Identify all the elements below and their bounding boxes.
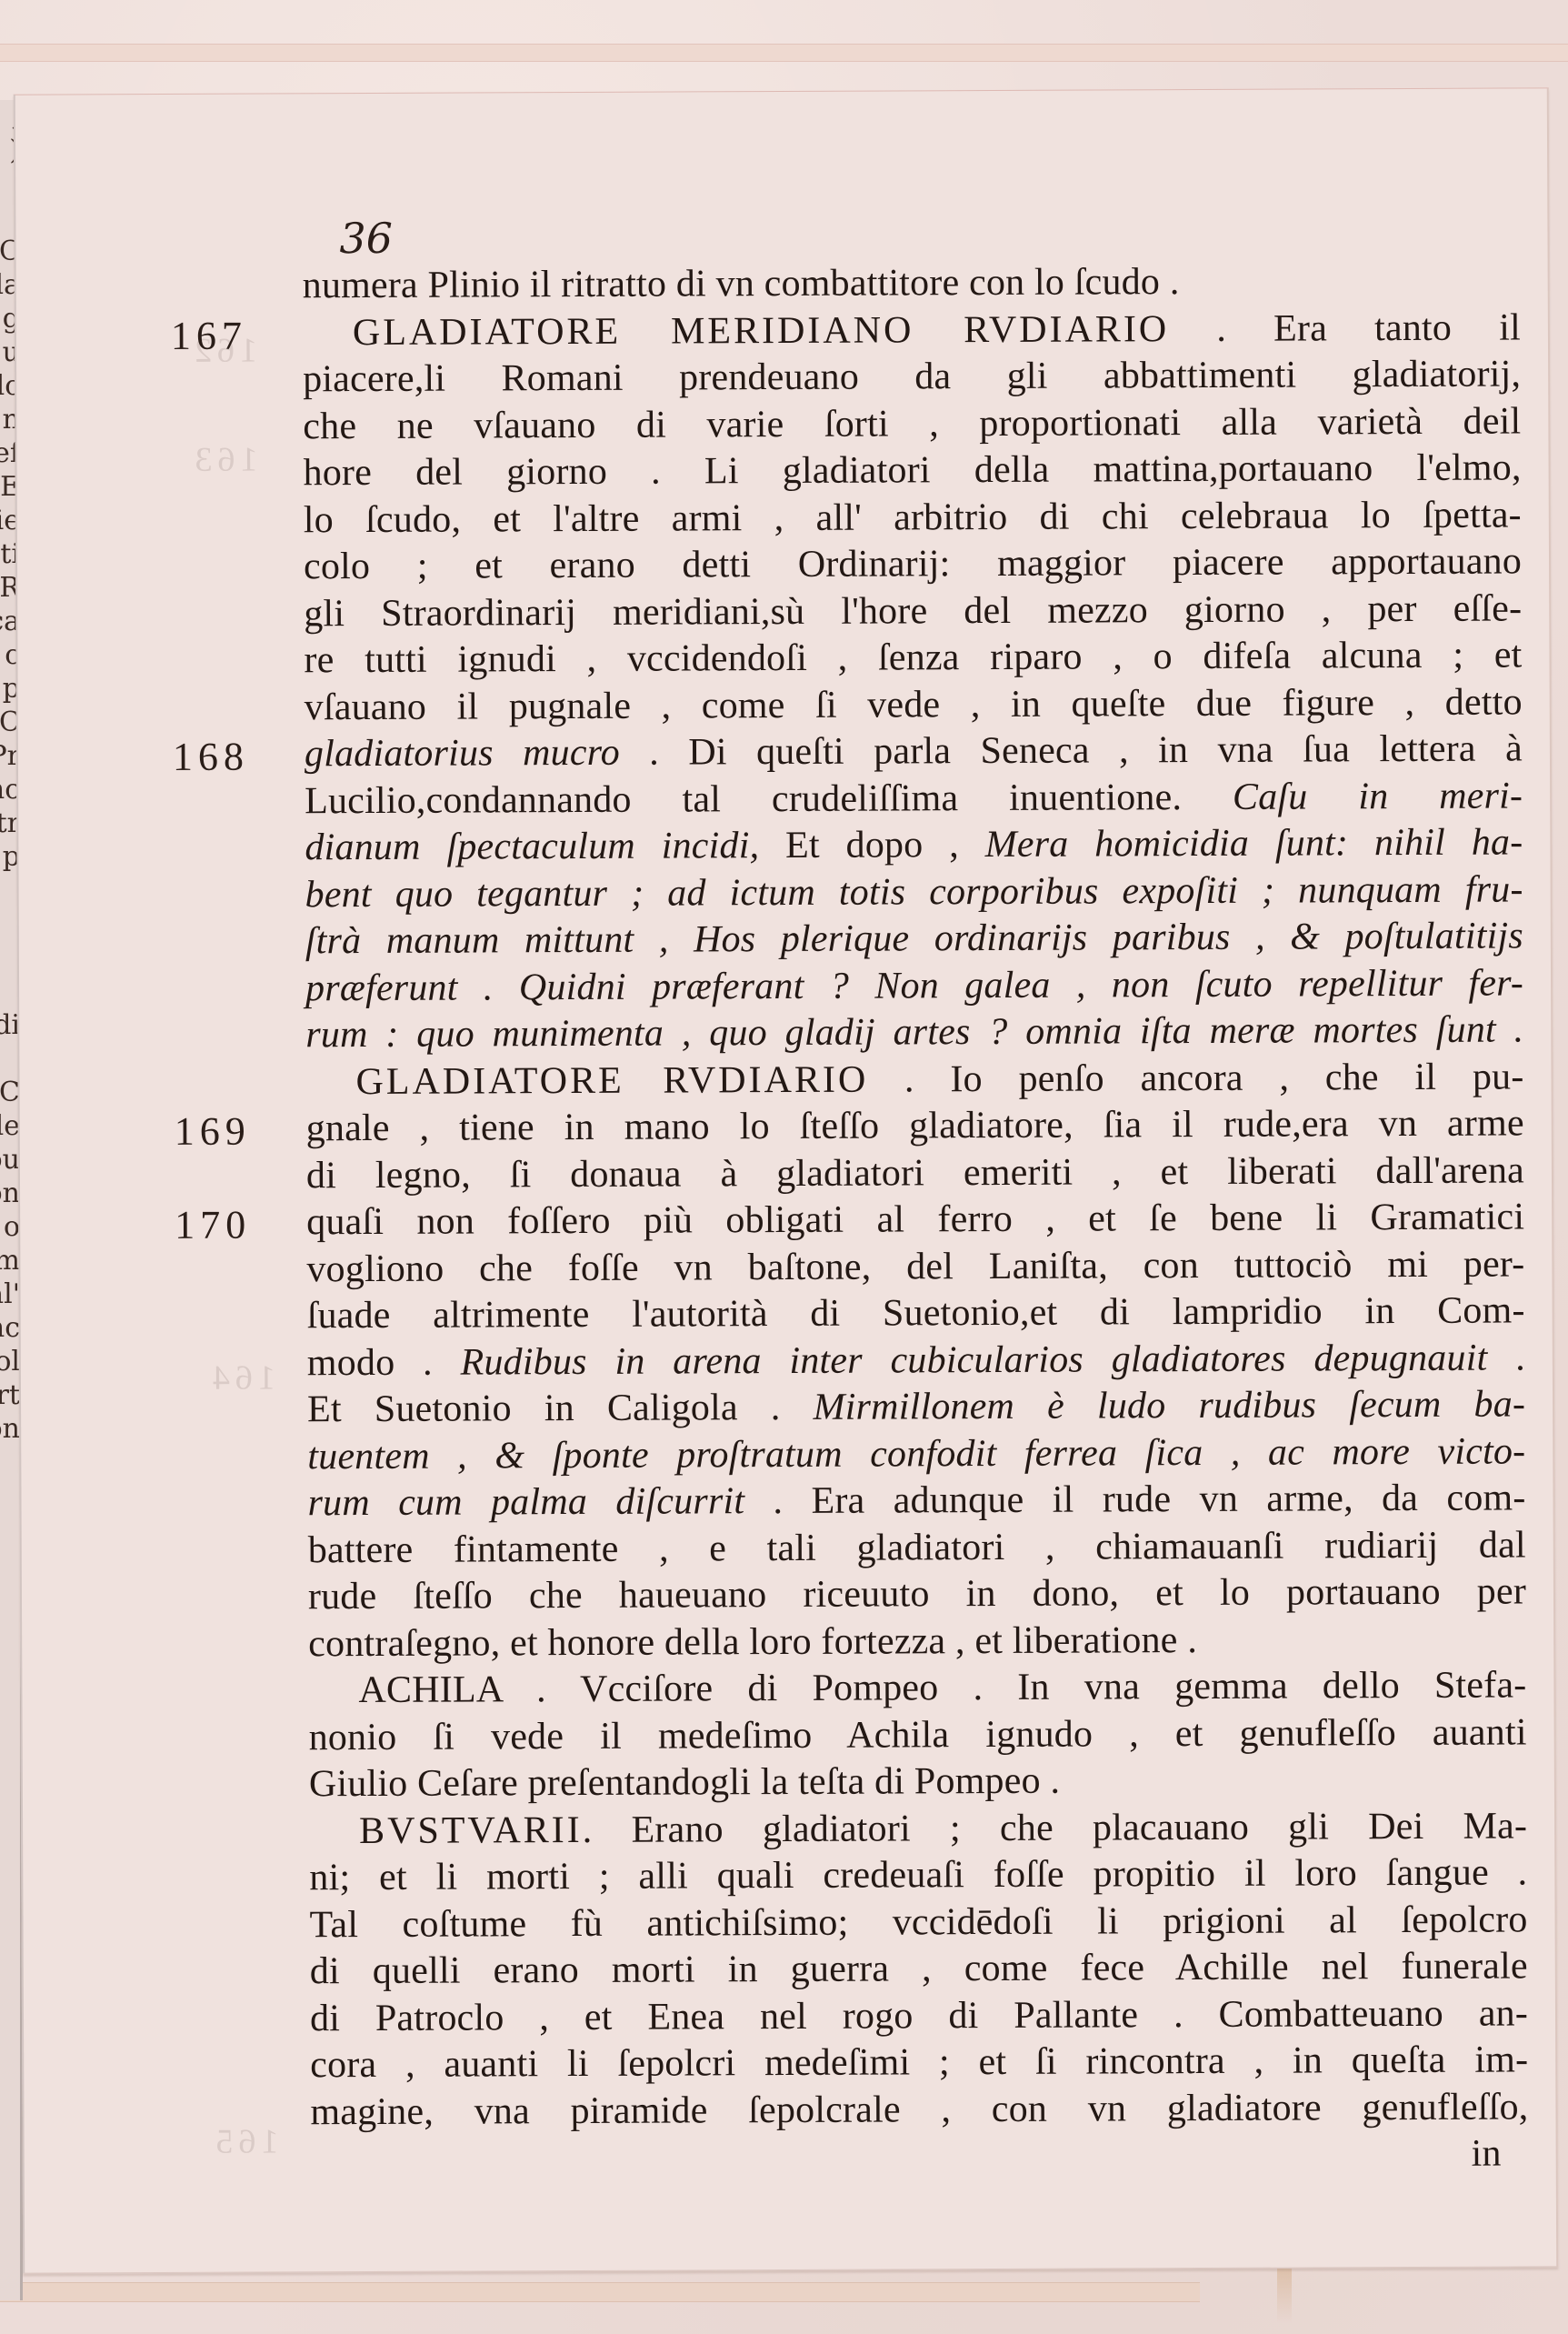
text-line: gladiatorius mucro . Di queſti parla Sen…: [305, 726, 1523, 777]
latin-quote: Mera homicidia ſunt: nihil ha-: [985, 821, 1523, 866]
latin-quote: Rudibus in arena inter cubicularios glad…: [460, 1337, 1487, 1383]
show-through-number: 163: [189, 440, 257, 480]
text-line: ni; et li morti ; alli quali credeuaſi f…: [309, 1849, 1527, 1901]
text-line: GLADIATORE RVDIARIO . Io penſo ancora , …: [305, 1054, 1523, 1106]
text-line: quaſi non foſſero più obligati al ferro …: [306, 1194, 1524, 1246]
entry-number: 169: [175, 1108, 251, 1155]
text-line: BVSTVARII. Erano gladiatori ; che placau…: [309, 1803, 1527, 1855]
text-segment: .: [1487, 1337, 1525, 1378]
bleed-fragment: ol: [0, 1345, 20, 1378]
entry-heading: GLADIATORE RVDIARIO: [355, 1058, 868, 1102]
bleed-fragment: con: [0, 1412, 20, 1446]
text-line: Giulio Ceſare preſentandogli la teſta di…: [309, 1756, 1527, 1808]
paper-stain: [1277, 2269, 1292, 2323]
text-segment: . Erano gladiatori ; che placauano gli D…: [583, 1805, 1528, 1851]
text-line: ſtrà manum mittunt , Hos plerique ordina…: [305, 913, 1523, 965]
bleed-fragment: ort: [0, 1378, 20, 1412]
page-number: 36: [339, 214, 393, 263]
show-through-number: 165: [211, 2121, 279, 2161]
book-page: 162 163 164 165 36 167168169170 numera P…: [14, 87, 1558, 2273]
text-line: che ne vſauano di varie ſorti , proporti…: [303, 398, 1521, 450]
text-segment: Et Suetonio in Caligola .: [307, 1387, 814, 1430]
text-line: nonio ſi vede il medeſimo Achila ignudo …: [309, 1709, 1527, 1761]
latin-quote: tuentem , & ſponte proſtratum confodit f…: [307, 1430, 1525, 1478]
show-through-number: 164: [207, 1357, 275, 1397]
text-segment: . Era tanto il: [1169, 306, 1521, 350]
bleed-fragment: o: [0, 1210, 20, 1244]
entry-number: 168: [173, 734, 249, 780]
text-line: ſuade altrimente l'autorità di Suetonio,…: [307, 1287, 1525, 1339]
text-line: Tal coſtume fù antichiſsimo; vccidēdoſi …: [309, 1897, 1527, 1948]
text-segment: Et dopo ,: [759, 824, 985, 866]
entry-number: 167: [171, 312, 247, 358]
text-line: GLADIATORE MERIDIANO RVDIARIO . Era tant…: [303, 305, 1521, 356]
bleed-fragment: ou: [0, 1143, 20, 1177]
paper-strip-top: [0, 44, 1568, 62]
text-line: præferunt . Quidni præferant ? Non galea…: [305, 960, 1523, 1012]
entry-heading: GLADIATORE MERIDIANO RVDIARIO: [353, 308, 1169, 354]
latin-quote: rum cum palma diſcurrit: [307, 1480, 744, 1524]
text-line: rum cum palma diſcurrit . Era adunque il…: [307, 1475, 1525, 1527]
text-line: Et Suetonio in Caligola . Mirmillonem è …: [307, 1381, 1525, 1433]
latin-quote: bent quo tegantur ; ad ictum totis corpo…: [305, 868, 1523, 916]
text-line: vogliono che foſſe vn baſtone, del Laniſ…: [306, 1241, 1524, 1293]
text-line: bent quo tegantur ; ad ictum totis corpo…: [305, 866, 1523, 918]
bleed-fragment: nc: [0, 1311, 20, 1345]
latin-quote: gladiatorius mucro: [305, 732, 620, 776]
body-text: numera Plinio il ritratto di vn combatti…: [303, 257, 1529, 2182]
text-line: di quelli erano morti in guerra , come f…: [310, 1943, 1528, 1995]
text-line: battere fintamente , e tali gladiatori ,…: [308, 1522, 1526, 1574]
text-line: ACHILA . Vcciſore di Pompeo . In vna gem…: [308, 1662, 1526, 1714]
text-segment: . Io penſo ancora , che il pu-: [868, 1056, 1523, 1100]
text-line: magine, vna piramide ſepolcrale , con vn…: [310, 2084, 1528, 2136]
text-line: cora , auanti li ſepolcri medeſimi ; et …: [310, 2037, 1528, 2089]
text-line: gnale , tiene in mano lo ſteſſo gladiato…: [306, 1100, 1524, 1152]
latin-quote: dianum ſpectaculum incidi,: [305, 825, 759, 868]
latin-quote: Mirmillonem è ludo rudibus ſecum ba-: [813, 1383, 1525, 1427]
text-segment: . Di queſti parla Seneca , in vna ſua le…: [620, 727, 1523, 773]
text-line: gli Straordinarij meridiani,sù l'hore de…: [304, 586, 1522, 637]
bleed-fragment: on: [0, 1177, 20, 1210]
text-line: in: [311, 2130, 1529, 2182]
entry-number: 170: [175, 1202, 251, 1248]
latin-quote: præferunt . Quidni præferant ? Non galea…: [305, 962, 1523, 1009]
text-line: colo ; et erano detti Ordinarij: maggior…: [304, 538, 1522, 590]
latin-quote: Caſu in meri-: [1233, 775, 1523, 817]
text-line: vſauano il pugnale , come ſi vede , in q…: [305, 679, 1523, 731]
text-line: tuentem , & ſponte proſtratum confodit f…: [307, 1428, 1525, 1480]
latin-quote: rum : quo munimenta , quo gladij artes ?…: [305, 1008, 1523, 1056]
text-line: rude ſteſſo che haueuano riceuuto in don…: [308, 1568, 1526, 1620]
text-line: re tutti ignudi , vccidendoſi , ſenza ri…: [304, 632, 1522, 684]
latin-quote: ſtrà manum mittunt , Hos plerique ordina…: [305, 915, 1523, 962]
text-line: di legno, ſi donaua à gladiatori emeriti…: [306, 1147, 1524, 1199]
text-segment: modo .: [307, 1341, 461, 1384]
entry-heading: BVSTVARII: [359, 1808, 583, 1851]
text-line: Lucilio,condannando tal crudeliſſima inu…: [305, 773, 1523, 825]
text-line: di Patroclo , et Enea nel rogo di Pallan…: [310, 1990, 1528, 2042]
text-line: modo . Rudibus in arena inter cubiculari…: [307, 1335, 1525, 1387]
paper-strip-bottom: [0, 2282, 1200, 2302]
text-line: rum : quo munimenta , quo gladij artes ?…: [305, 1007, 1523, 1058]
text-segment: Lucilio,condannando tal crudeliſſima inu…: [305, 776, 1233, 821]
text-segment: . Era adunque il rude vn arme, da com-: [744, 1477, 1526, 1522]
text-line: dianum ſpectaculum incidi, Et dopo , Mer…: [305, 819, 1523, 871]
bleed-fragment: m: [0, 1244, 20, 1277]
bleed-fragment: 'al: [0, 1277, 20, 1311]
text-line: numera Plinio il ritratto di vn combatti…: [303, 257, 1521, 309]
text-line: contraſegno, et honore della loro fortez…: [308, 1616, 1526, 1668]
text-line: hore del giorno . Li gladiatori della ma…: [303, 445, 1521, 496]
text-line: piacere,li Romani prendeuano da gli abba…: [303, 351, 1521, 403]
text-line: lo ſcudo, et l'altre armi , all' arbitri…: [304, 492, 1522, 544]
